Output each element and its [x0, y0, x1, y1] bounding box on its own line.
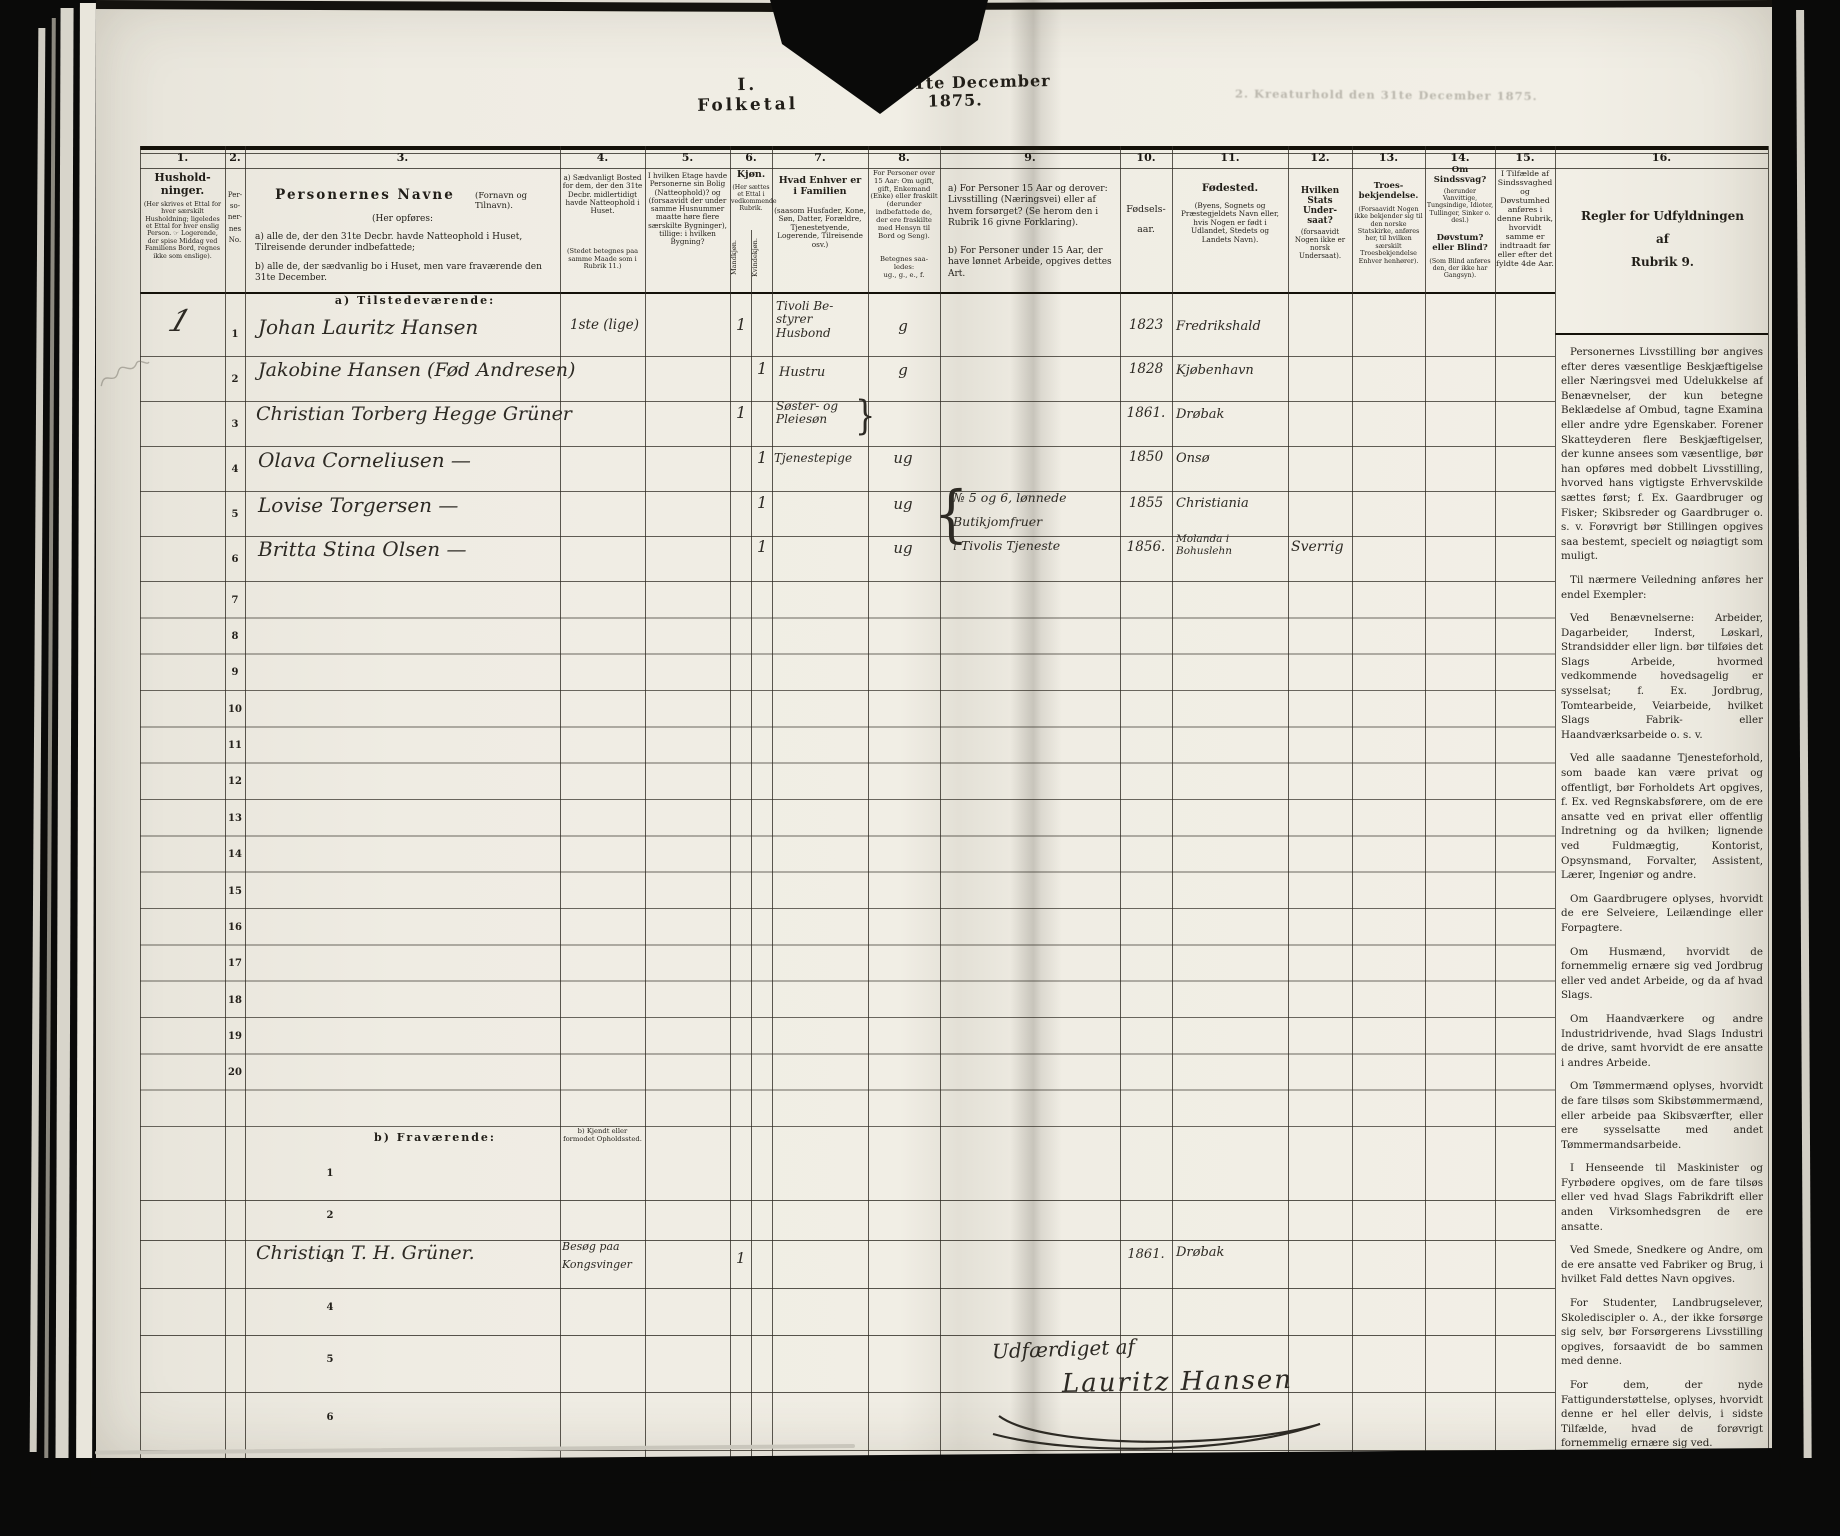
col-line	[1768, 146, 1769, 1458]
rules-paragraph: Til nærmere Veiledning anføres her endel…	[1561, 573, 1763, 602]
female-tally: 1	[757, 360, 767, 378]
header-citizenship: Hvilken Stats Under- saat?	[1289, 186, 1351, 226]
col-number: 5.	[645, 150, 730, 166]
col-line	[1555, 146, 1556, 1458]
birthyear-entry: 1850	[1122, 450, 1170, 465]
birthyear-entry: 1855	[1122, 496, 1170, 511]
male-tally: 1	[736, 404, 746, 422]
rules-paragraph: Ved alle saadanne Tjenesteforhold, som b…	[1561, 751, 1763, 882]
name-entry: Johan Lauritz Hansen	[258, 316, 478, 338]
birthplace-entry: Kjøbenhavn	[1176, 364, 1254, 379]
col-number: 8.	[868, 150, 940, 166]
marital-entry: ug	[878, 540, 928, 557]
female-tally: 1	[757, 538, 767, 556]
marital-entry: ug	[878, 496, 928, 513]
birthplace-entry: Drøbak	[1176, 408, 1224, 423]
grouping-brace: }	[855, 391, 875, 439]
census-form-page: 2. Kreaturhold den 31te December 1875. I…	[95, 0, 1772, 1460]
col-number: 11.	[1172, 150, 1288, 166]
header-faith-note: (Forsaavidt Nogen ikke bekjender sig til…	[1353, 206, 1424, 265]
col-number: 4.	[560, 150, 645, 166]
col-number: 14.	[1425, 150, 1495, 166]
absent-row-number: 1	[320, 1168, 340, 1179]
col-number: 15.	[1495, 150, 1555, 166]
row-line	[140, 1240, 1555, 1241]
header-names-suffix: (Fornavn og Tilnavn).	[475, 192, 560, 212]
header-deaf-blind-note: (Som Blind anføres den, der ikke har Gan…	[1426, 258, 1494, 280]
section-present-label: a) Tilstedeværende:	[325, 295, 505, 308]
rules-heading: Regler for Udfyldningen af Rubrik 9.	[1560, 205, 1765, 273]
row-line	[140, 1392, 1555, 1393]
col-number: 13.	[1352, 150, 1425, 166]
citizenship-entry: Sverrig	[1291, 540, 1344, 556]
header-marital-note: Betegnes saa- ledes: ug., g., e., f.	[869, 256, 939, 279]
rules-paragraph: Om Gaardbrugere oplyses, hvorvidt de ere…	[1561, 892, 1763, 936]
row-numbers-1-6: 123 456	[225, 312, 245, 582]
header-person-no: Per- so- ner- nes No.	[225, 190, 245, 246]
family-role-entry: Søster- og Pleiesøn	[776, 400, 838, 427]
header-citizenship-note: (forsaavidt Nogen ikke er norsk Undersaa…	[1289, 228, 1351, 260]
page-top-edge	[983, 0, 1772, 10]
col-number: 6.	[730, 150, 772, 166]
birthyear-entry: 1828	[1122, 362, 1170, 377]
book-gutter-shadow	[1010, 0, 1062, 1460]
female-tally: 1	[757, 494, 767, 512]
book-fold-wedge	[768, 0, 990, 118]
header-deaf-blind: Døvstum? eller Blind?	[1426, 234, 1494, 254]
row-numbers-7-20: 789 101112 131415 161718 1920	[225, 582, 245, 1091]
header-family-role-note: (saasom Husfader, Kone, Søn, Datter, For…	[774, 207, 866, 249]
rules-paragraph: Om Haandværkere og andre Industridrivend…	[1561, 1012, 1763, 1070]
rules-paragraph: Om Tømmermænd oplyses, hvorvidt de fare …	[1561, 1079, 1763, 1152]
header-usual-residence: a) Sædvanligt Bosted for dem, der den 31…	[562, 174, 643, 215]
header-faith: Troes- bekjendelse.	[1353, 182, 1424, 202]
header-sex-note: (Her sættes et Ettal i vedkommende Rubri…	[731, 184, 771, 213]
birthplace-entry: Drøbak	[1176, 1246, 1224, 1261]
rules-paragraph: Ved Benævnelserne: Arbeider, Dagarbeider…	[1561, 611, 1763, 742]
header-female: Kvindekjøn.	[751, 226, 772, 290]
rules-paragraph: For dem, der nyde Fattigunderstøttelse, …	[1561, 1378, 1763, 1450]
family-role-entry: Tivoli Be- styrer Husbond	[776, 300, 833, 340]
name-entry: Jakobine Hansen (Fød Andresen)	[258, 360, 575, 381]
section-absent-sub: b) Kjendt eller formodet Opholdssted.	[562, 1128, 643, 1144]
absent-row-number: 5	[320, 1354, 340, 1365]
name-entry: Britta Stina Olsen —	[258, 538, 466, 560]
name-entry: Christian T. H. Grüner.	[256, 1243, 475, 1264]
header-birthplace-note: (Byens, Sognets og Præstegjeldets Navn e…	[1176, 202, 1284, 244]
rules-paragraph: Ved Smede, Snedkere og Andre, om de ere …	[1561, 1243, 1763, 1287]
row-lines-empty	[140, 582, 1555, 1127]
header-households-note: (Her skrives et Ettal for hver særskilt …	[142, 201, 223, 260]
birthplace-entry: Fredrikshald	[1176, 320, 1261, 335]
header-marital: For Personer over 15 Aar: Om ugift, gift…	[869, 170, 939, 240]
rules-paragraph: I Henseende til Maskinister og Fyrbødere…	[1561, 1161, 1763, 1234]
birthyear-entry: 1861.	[1122, 1248, 1170, 1263]
family-role-entry: Hustru	[779, 366, 825, 381]
header-family-role: Hvad Enhver er i Familien	[774, 176, 866, 198]
header-names-title: Personernes Navne	[250, 188, 480, 204]
birthyear-entry: 1856.	[1122, 540, 1170, 555]
row-line	[140, 1335, 1555, 1336]
birthplace-entry: Molanda i Bohuslehn	[1176, 534, 1232, 558]
header-names-b: b) alle de, der sædvanlig bo i Huset, me…	[255, 262, 553, 285]
col-number: 3.	[245, 150, 560, 166]
header-insane: Om Sindssvag?	[1426, 166, 1494, 186]
row-line	[140, 1200, 1555, 1201]
scanned-book-spread: 2. Kreaturhold den 31te December 1875. I…	[0, 0, 1840, 1536]
rules-paragraph: For Studenter, Landbrugselever, Skoledis…	[1561, 1296, 1763, 1369]
male-tally: 1	[736, 1250, 746, 1267]
floor-entry: 1ste (lige)	[570, 318, 639, 333]
header-male: Mandkjøn.	[730, 226, 751, 290]
header-names-a: a) alle de, der den 31te Decbr. havde Na…	[255, 232, 553, 255]
whereabouts-entry: Besøg paa Kongsvinger	[562, 1238, 632, 1273]
col-number: 16.	[1555, 150, 1768, 166]
header-sex: Kjøn.	[730, 170, 772, 181]
header-households: Hushold- ninger.	[140, 172, 225, 197]
name-entry: Olava Corneliusen —	[258, 449, 471, 471]
birthyear-entry: 1823	[1122, 318, 1170, 333]
col-number: 1.	[140, 150, 225, 166]
header-birthyear: Fødsels- aar.	[1120, 200, 1172, 240]
female-tally: 1	[757, 449, 767, 467]
absent-row-number: 6	[320, 1412, 340, 1423]
marital-entry: g	[878, 318, 928, 335]
header-birthplace: Fødested.	[1172, 182, 1288, 194]
page-top-edge	[95, 0, 777, 12]
rules-text: Personernes Livsstilling bør angives eft…	[1561, 345, 1763, 1450]
col-number: 10.	[1120, 150, 1172, 166]
name-entry: Christian Torberg Hegge Grüner	[256, 404, 572, 425]
birthyear-entry: 1861.	[1122, 406, 1170, 421]
col-number: 2.	[225, 150, 245, 166]
header-names-sub: (Her opføres:	[250, 214, 555, 224]
rules-paragraph: Personernes Livsstilling bør angives eft…	[1561, 345, 1763, 564]
absent-row-number: 4	[320, 1302, 340, 1313]
row-line	[140, 1288, 1555, 1289]
section-absent-label: b) Fraværende:	[345, 1132, 525, 1145]
family-role-entry: Tjenestepige	[774, 452, 852, 465]
header-floor: I hvilken Etage havde Personerne sin Bol…	[647, 172, 728, 247]
bleedthrough-text: 2. Kreaturhold den 31te December 1875.	[1235, 87, 1575, 104]
rules-header-bottom-rule	[1555, 333, 1768, 335]
male-tally: 1	[736, 316, 746, 334]
birthplace-entry: Christiania	[1176, 497, 1249, 512]
marital-entry: ug	[878, 450, 928, 467]
header-usual-residence-note: (Stedet betegnes paa samme Maade som i R…	[562, 248, 643, 271]
header-insane-note: (herunder Vanvittige, Tungsindige, Idiot…	[1426, 188, 1494, 224]
col-number: 7.	[772, 150, 868, 166]
marital-entry: g	[878, 362, 928, 379]
name-entry: Lovise Torgersen —	[258, 494, 458, 516]
signature-name: Lauritz Hansen	[1062, 1366, 1294, 1399]
birthplace-entry: Onsø	[1176, 452, 1210, 467]
col-number: 12.	[1288, 150, 1352, 166]
absent-row-number: 2	[320, 1210, 340, 1221]
header-onset-age: I Tilfælde af Sindssvaghed og Døvstumhed…	[1496, 170, 1554, 268]
rules-paragraph: Om Husmænd, hvorvidt de fornemmelig ernæ…	[1561, 945, 1763, 1003]
